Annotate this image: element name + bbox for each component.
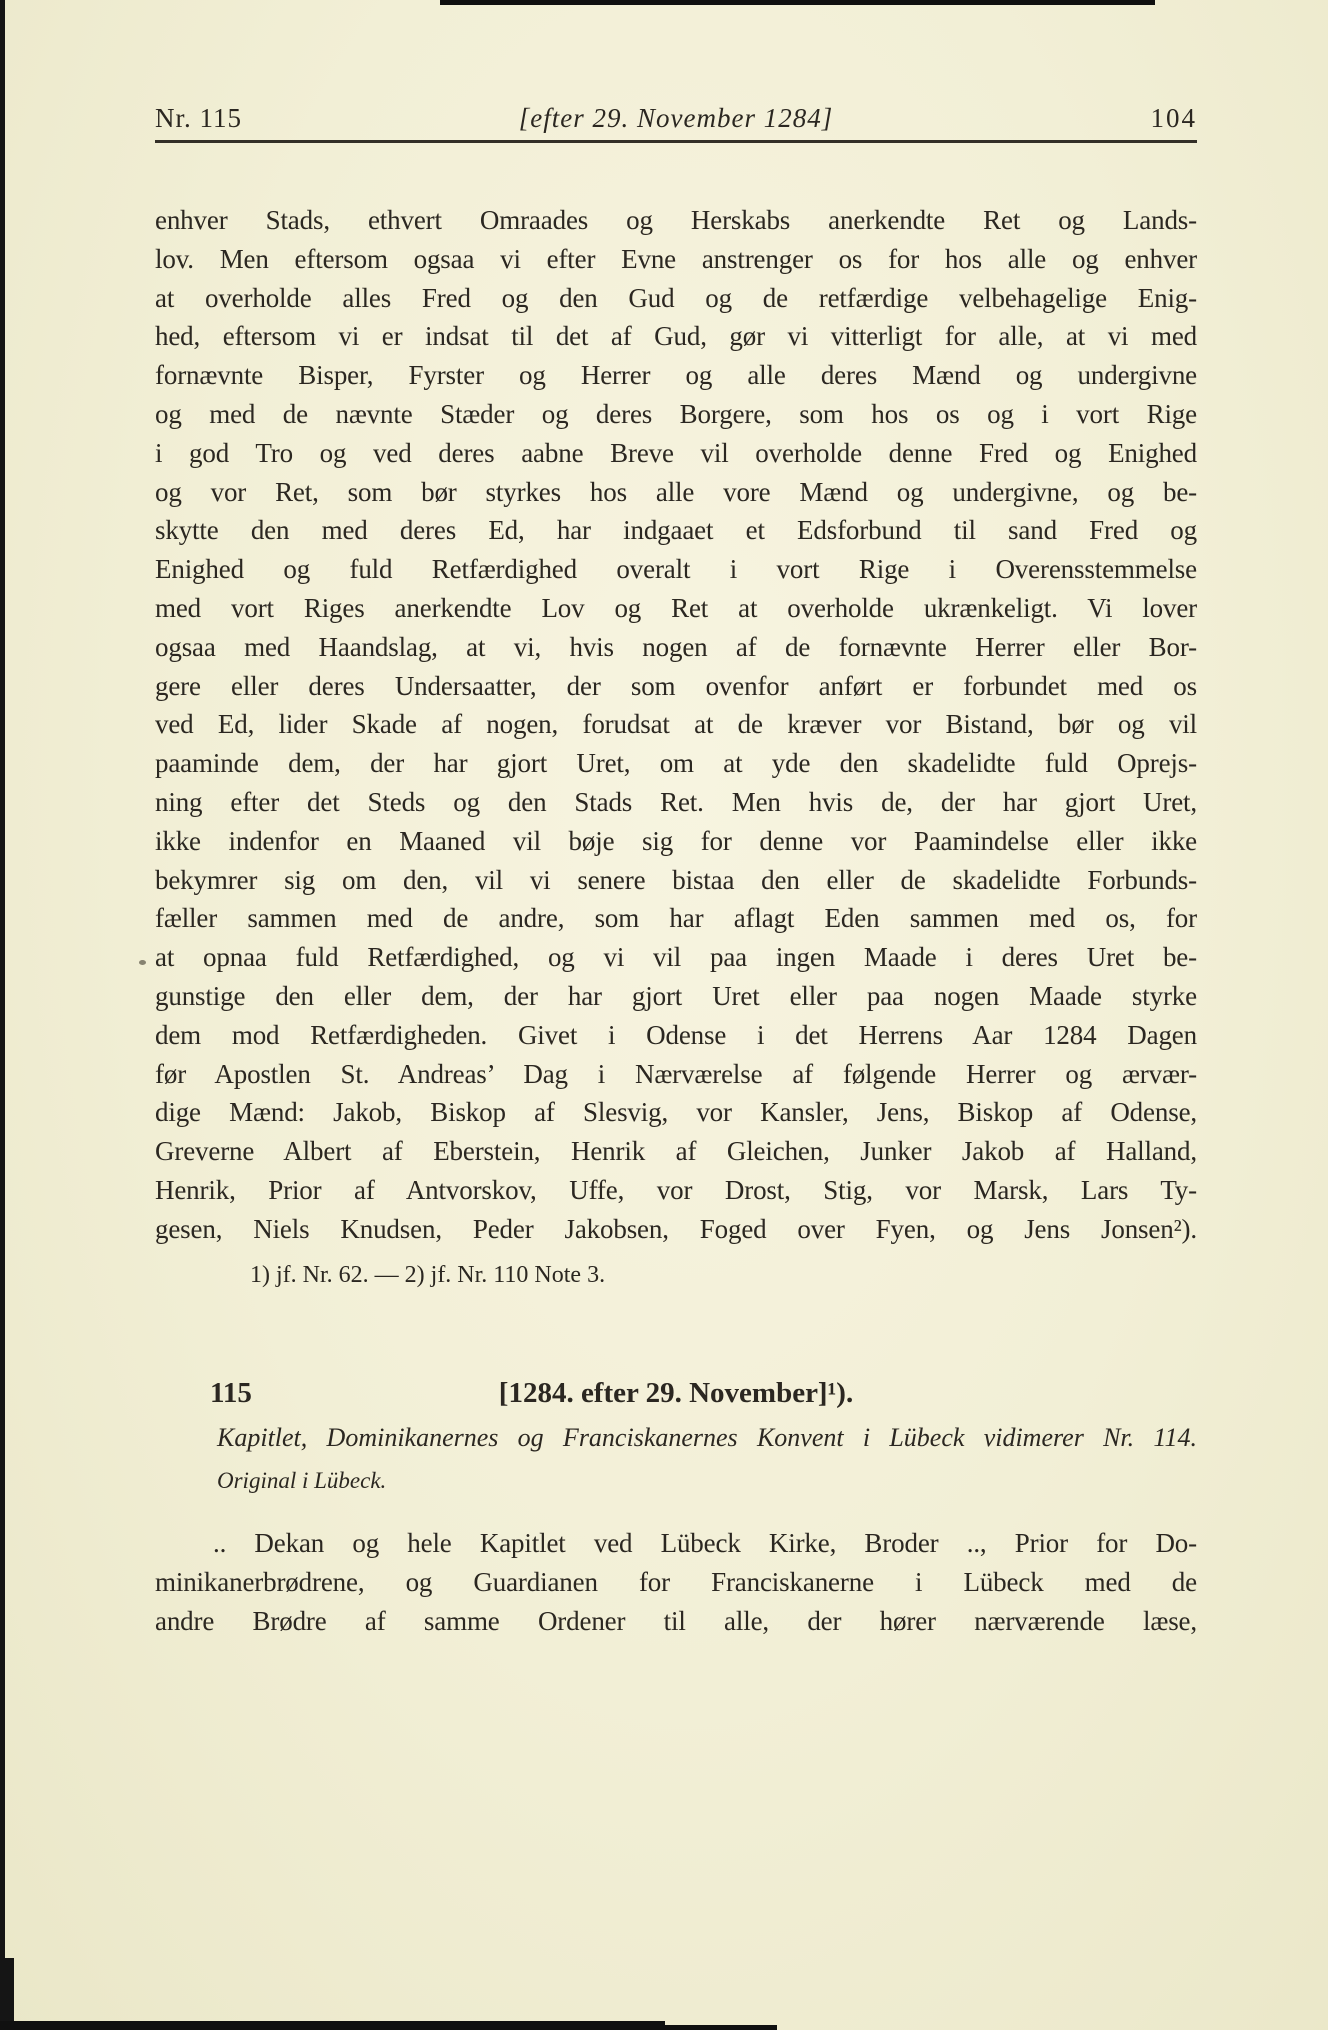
text-line: ning efter det Steds og den Stads Ret. M… <box>155 783 1197 822</box>
text-line: skytte den med deres Ed, har indgaaet et… <box>155 511 1197 550</box>
footnotes-line: 1) jf. Nr. 62. — 2) jf. Nr. 110 Note 3. <box>250 1262 605 1289</box>
scan-edge-bottom-thin <box>665 2025 777 2030</box>
scan-edge-left <box>0 0 5 2030</box>
doc-115-summary: Kapitlet, Dominikanernes og Franciskaner… <box>155 1423 1197 1453</box>
header-page-number: 104 <box>1151 103 1198 134</box>
document-104-text: enhver Stads, ethvert Omraades og Herska… <box>155 201 1197 1249</box>
margin-mark <box>139 960 146 965</box>
text-line: fornævnte Bisper, Fyrster og Herrer og a… <box>155 356 1197 395</box>
text-line: gesen, Niels Knudsen, Peder Jakobsen, Fo… <box>155 1210 1197 1249</box>
text-line: gunstige den eller dem, der har gjort Ur… <box>155 977 1197 1016</box>
doc-115-text: .. Dekan og hele Kapitlet ved Lübeck Kir… <box>155 1524 1197 1640</box>
text-line: ikke indenfor en Maaned vil bøje sig for… <box>155 822 1197 861</box>
text-line: og vor Ret, som bør styrkes hos alle vor… <box>155 473 1197 512</box>
text-line: hed, eftersom vi er indsat til det af Gu… <box>155 317 1197 356</box>
text-line: før Apostlen St. Andreas’ Dag i Nærværel… <box>155 1055 1197 1094</box>
text-line: andre Brødre af samme Ordener til alle, … <box>155 1602 1197 1641</box>
doc-115-number: 115 <box>210 1377 252 1410</box>
text-line: dem mod Retfærdigheden. Givet i Odense i… <box>155 1016 1197 1055</box>
text-line: dige Mænd: Jakob, Biskop af Slesvig, vor… <box>155 1093 1197 1132</box>
doc-115-heading: 115 [1284. efter 29. November]¹). <box>155 1377 1197 1417</box>
running-header: Nr. 115 [efter 29. November 1284] 104 <box>155 103 1197 139</box>
text-line: i god Tro og ved deres aabne Breve vil o… <box>155 434 1197 473</box>
header-rule <box>155 140 1197 143</box>
text-line: lov. Men eftersom ogsaa vi efter Evne an… <box>155 240 1197 279</box>
text-line: enhver Stads, ethvert Omraades og Herska… <box>155 201 1197 240</box>
scan-edge-top <box>440 0 1155 5</box>
text-line: fæller sammen med de andre, som har afla… <box>155 899 1197 938</box>
text-line: Enighed og fuld Retfærdighed overalt i v… <box>155 550 1197 589</box>
text-line: at overholde alles Fred og den Gud og de… <box>155 279 1197 318</box>
text-line: minikanerbrødrene, og Guardianen for Fra… <box>155 1563 1197 1602</box>
text-line: og med de nævnte Stæder og deres Borgere… <box>155 395 1197 434</box>
text-line: bekymrer sig om den, vil vi senere bista… <box>155 861 1197 900</box>
text-line: gere eller deres Undersaatter, der som o… <box>155 667 1197 706</box>
book-page-scan: Nr. 115 [efter 29. November 1284] 104 en… <box>0 0 1328 2030</box>
header-date: [efter 29. November 1284] <box>155 103 1197 134</box>
text-line: Henrik, Prior af Antvorskov, Uffe, vor D… <box>155 1171 1197 1210</box>
text-line: at opnaa fuld Retfærdighed, og vi vil pa… <box>155 938 1197 977</box>
text-line: .. Dekan og hele Kapitlet ved Lübeck Kir… <box>155 1524 1197 1563</box>
text-line: med vort Riges anerkendte Lov og Ret at … <box>155 589 1197 628</box>
text-line: ogsaa med Haandslag, at vi, hvis nogen a… <box>155 628 1197 667</box>
scan-edge-left-bottom <box>0 1958 14 2030</box>
text-line: paaminde dem, der har gjort Uret, om at … <box>155 744 1197 783</box>
scan-edge-bottom <box>0 2021 665 2030</box>
doc-115-date: [1284. efter 29. November]¹). <box>155 1377 1197 1410</box>
text-line: ved Ed, lider Skade af nogen, forudsat a… <box>155 705 1197 744</box>
text-line: Greverne Albert af Eberstein, Henrik af … <box>155 1132 1197 1171</box>
doc-115-source-note: Original i Lübeck. <box>217 1468 386 1494</box>
